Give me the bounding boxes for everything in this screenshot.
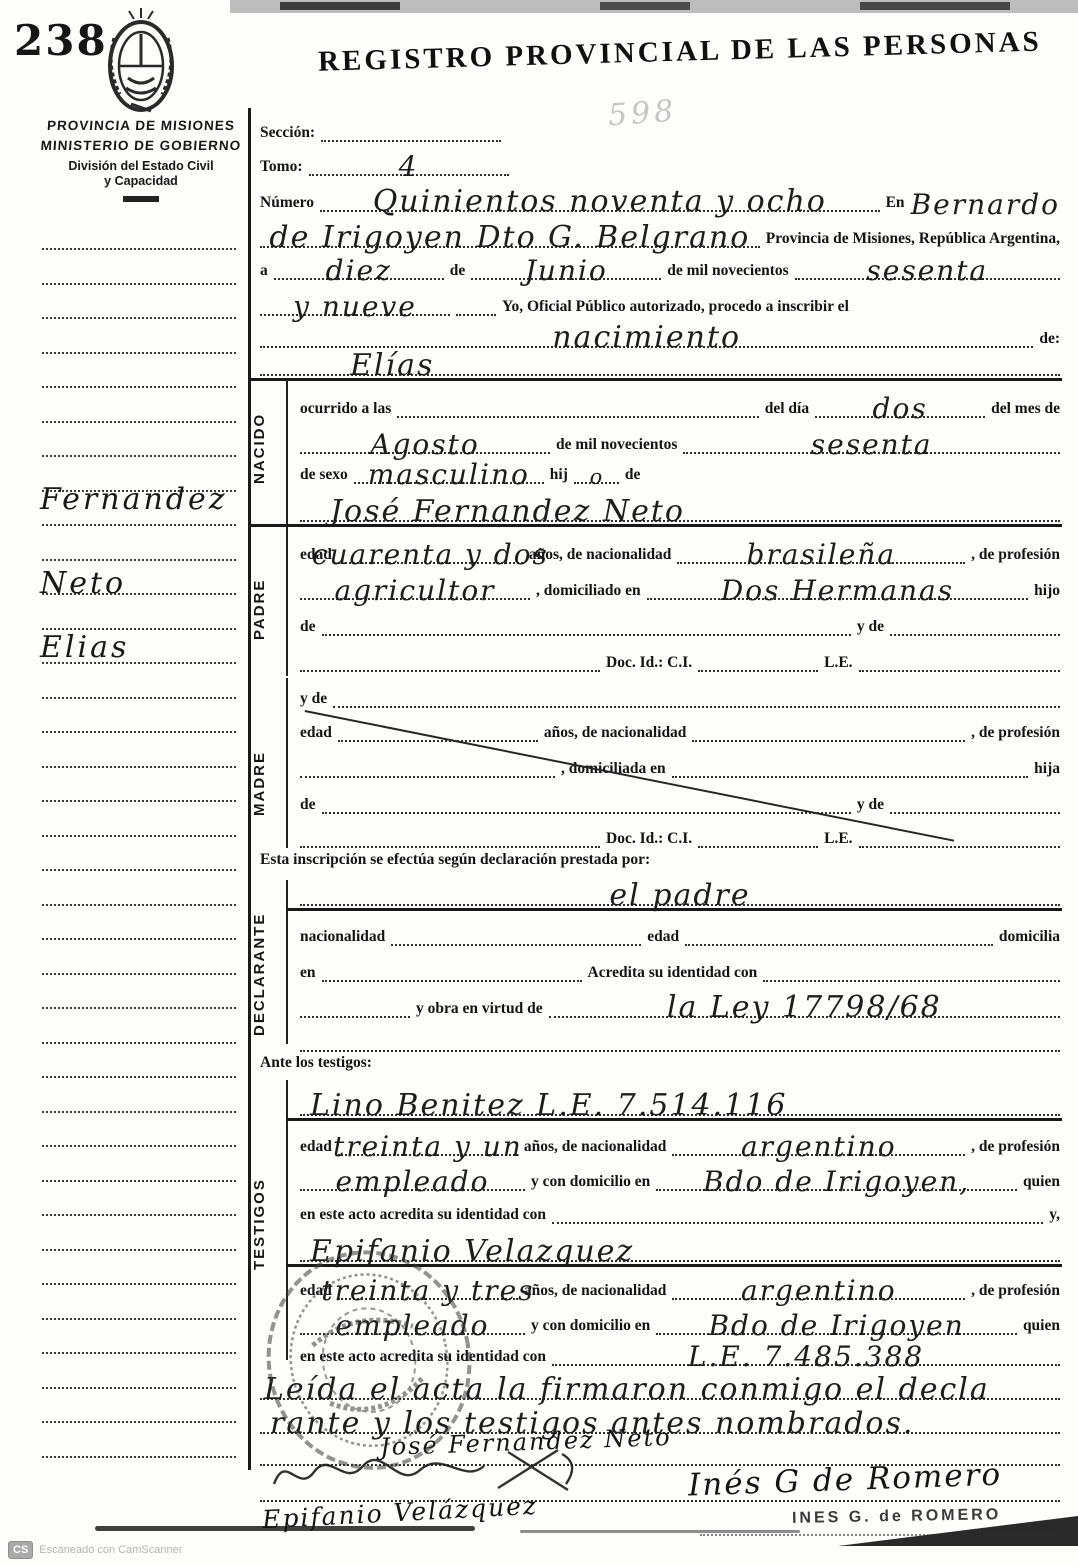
declaracion-intro: Esta inscripción se efectúa según declar… bbox=[260, 851, 650, 869]
ocurrido-label: ocurrido a las bbox=[300, 400, 391, 418]
ley-line: la Ley 17798/68 bbox=[549, 1012, 1060, 1018]
year-line: sesenta bbox=[795, 274, 1060, 280]
father-domicile: Dos Hermanas bbox=[721, 578, 954, 603]
witness1-age: treinta y un bbox=[333, 1134, 523, 1159]
margin-name-surname2: Neto bbox=[40, 566, 126, 601]
issuing-office-block: PROVINCIA DE MISIONES MINISTERIO DE GOBI… bbox=[34, 118, 248, 202]
y-de-label: y de bbox=[857, 618, 884, 636]
margin-ruled-line bbox=[42, 1350, 236, 1354]
margin-ruled-line bbox=[42, 281, 236, 285]
obra-label: y obra en virtud de bbox=[416, 1000, 543, 1018]
anos-nacionalidad-label: años, de nacionalidad bbox=[529, 546, 672, 564]
month-line: Junio bbox=[471, 274, 661, 280]
margin-ruled-line bbox=[42, 729, 236, 733]
edad-label: edad bbox=[647, 928, 679, 946]
y-de-label: y de bbox=[857, 796, 884, 814]
witness1-age-line: treinta y un bbox=[338, 1150, 518, 1156]
newborn-name-line: Elías bbox=[260, 370, 1060, 376]
margin-ruled-line bbox=[42, 833, 236, 837]
domicilio-label: y con domicilio en bbox=[531, 1173, 650, 1191]
mil-novecientos-label: de mil novecientos bbox=[556, 436, 677, 454]
madre-section-label: MADRE bbox=[251, 712, 268, 816]
month-value: Junio bbox=[525, 258, 608, 283]
margin-ruled-line bbox=[42, 902, 236, 906]
margin-ruled-line bbox=[42, 246, 236, 250]
witness2-domicile: Bdo de Irigoyen bbox=[708, 1313, 964, 1338]
en-label: En bbox=[886, 194, 905, 212]
margin-ruled-line bbox=[42, 626, 236, 630]
edad-label: edad bbox=[300, 1138, 332, 1156]
margin-ruled-line bbox=[42, 936, 236, 940]
acredita-label: en este acto acredita su identidad con bbox=[300, 1206, 546, 1224]
margin-ruled-line bbox=[42, 1109, 236, 1113]
numero-value: Quinientos noventa y ocho bbox=[373, 188, 827, 215]
quien-label: quien bbox=[1023, 1317, 1060, 1335]
camscanner-text: Escaneado con CamScanner bbox=[39, 1544, 182, 1556]
witness1-domicile: Bdo de Irigoyen, bbox=[703, 1169, 970, 1194]
dotted-fill bbox=[322, 808, 851, 814]
nacionalidad-label: nacionalidad bbox=[300, 928, 385, 946]
margin-ruled-line bbox=[42, 764, 236, 768]
de-profesion-label: , de profesión bbox=[971, 724, 1060, 742]
margin-ruled-line bbox=[42, 419, 236, 423]
del-mes-label: del mes de bbox=[991, 400, 1060, 418]
domiciliada-label: , domiciliada en bbox=[561, 760, 666, 778]
section-divider bbox=[286, 1118, 1062, 1121]
tomo-label: Tomo: bbox=[260, 158, 303, 176]
witness1-name-line: Lino Benitez L.E. 7.514.116 bbox=[300, 1110, 1060, 1116]
padre-section-label: PADRE bbox=[251, 530, 268, 640]
section-divider bbox=[286, 908, 1062, 911]
de-sexo-label: de sexo bbox=[300, 466, 348, 484]
dotted-fill bbox=[333, 702, 1060, 708]
domicilia-label: domicilia bbox=[999, 928, 1060, 946]
witness1-nationality-line: argentino bbox=[672, 1150, 965, 1156]
place-hand-2: de Irigoyen Dto G. Belgrano bbox=[269, 224, 750, 251]
margin-ruled-line bbox=[42, 1005, 236, 1009]
page-number: 238 bbox=[14, 16, 108, 65]
domicilio-label: y con domicilio en bbox=[531, 1317, 650, 1335]
testigos-intro: Ante los testigos: bbox=[260, 1054, 372, 1072]
de-label: de bbox=[300, 618, 316, 636]
y-comma-label: y, bbox=[1049, 1206, 1060, 1224]
margin-ruled-line bbox=[42, 695, 236, 699]
de-profesion-label: , de profesión bbox=[971, 546, 1060, 564]
father-occupation: agricultor bbox=[334, 578, 495, 603]
margin-ruled-line bbox=[42, 1040, 236, 1044]
anos-nacionalidad-label: años, de nacionalidad bbox=[524, 1282, 667, 1300]
margin-ruled-line bbox=[42, 384, 236, 388]
numero-label: Número bbox=[260, 194, 314, 212]
father-name: José Fernandez Neto bbox=[330, 498, 685, 525]
margin-name-surname: Fernandez bbox=[40, 482, 228, 517]
org-line: MINISTERIO DE GOBIERNO bbox=[33, 138, 248, 153]
en-label: en bbox=[300, 964, 316, 982]
acredita-label: Acredita su identidad con bbox=[588, 964, 758, 982]
year-value-2: y nueve bbox=[293, 294, 417, 319]
nacido-rule bbox=[286, 380, 288, 492]
margin-ruled-line bbox=[42, 315, 236, 319]
margin-ruled-line bbox=[42, 557, 236, 561]
dotted-fill bbox=[456, 310, 496, 316]
dotted-fill bbox=[397, 412, 758, 418]
margin-ruled-line bbox=[42, 1178, 236, 1182]
padre-rule bbox=[286, 492, 288, 676]
anos-nacionalidad-label: años, de nacionalidad bbox=[544, 724, 687, 742]
dotted-fill bbox=[300, 666, 600, 672]
official-print: Yo, Oficial Público autorizado, procedo … bbox=[502, 298, 849, 316]
year-line-2: y nueve bbox=[260, 310, 450, 316]
declared-by: el padre bbox=[609, 882, 750, 909]
scan-artifact bbox=[860, 2, 1010, 10]
hij-suffix: o bbox=[590, 468, 604, 487]
le-label: L.E. bbox=[824, 654, 852, 672]
birth-day-line: dos bbox=[815, 412, 985, 418]
coat-of-arms-icon bbox=[98, 8, 184, 116]
hija-label: hija bbox=[1034, 760, 1060, 778]
declarante-section-label: DECLARANTE bbox=[251, 896, 268, 1036]
dotted-fill bbox=[552, 1218, 1043, 1224]
margin-ruled-line bbox=[42, 1212, 236, 1216]
nacido-section-label: NACIDO bbox=[251, 398, 268, 484]
father-nationality-line: brasileña bbox=[677, 558, 965, 564]
margin-ruled-line bbox=[42, 1419, 236, 1423]
dotted-fill bbox=[859, 666, 1060, 672]
witness1-nationality: argentino bbox=[741, 1134, 897, 1159]
de-label: de bbox=[300, 796, 316, 814]
dotted-fill bbox=[692, 736, 965, 742]
margin-ruled-line bbox=[42, 1247, 236, 1251]
dotted-fill bbox=[300, 1012, 410, 1018]
scanned-birth-certificate: 238 REGISTRO PROVINCIAL DE LAS PERSONAS … bbox=[0, 0, 1078, 1566]
year-print: de mil novecientos bbox=[667, 262, 788, 280]
del-dia-label: del día bbox=[765, 400, 809, 418]
witness1-name: Lino Benitez L.E. 7.514.116 bbox=[310, 1092, 787, 1119]
father-name-line: José Fernandez Neto bbox=[300, 516, 1060, 522]
section-divider bbox=[250, 524, 1062, 527]
witness2-domicile-line: Bdo de Irigoyen bbox=[656, 1329, 1017, 1335]
seccion-label: Sección: bbox=[260, 124, 315, 142]
margin-name-given: Elias bbox=[40, 630, 129, 665]
org-line: y Capacidad bbox=[34, 174, 248, 188]
org-line: PROVINCIA DE MISIONES bbox=[33, 118, 248, 133]
org-underline bbox=[123, 196, 159, 202]
father-nationality: brasileña bbox=[747, 542, 897, 567]
de-label: de bbox=[625, 466, 641, 484]
dotted-fill bbox=[890, 630, 1060, 636]
father-age: cuarenta y dos bbox=[312, 542, 549, 567]
de-profesion-label: , de profesión bbox=[971, 1282, 1060, 1300]
margin-ruled-line bbox=[42, 1281, 236, 1285]
official-name-stamp: INES G. de ROMERO bbox=[792, 1506, 1002, 1528]
margin-ruled-line bbox=[42, 1143, 236, 1147]
madre-rule bbox=[286, 678, 288, 848]
witness2-nationality: argentino bbox=[741, 1278, 897, 1303]
margin-ruled-line bbox=[42, 1385, 236, 1389]
margin-ruled-line bbox=[42, 798, 236, 802]
father-occupation-line: agricultor bbox=[300, 594, 530, 600]
dotted-fill bbox=[391, 940, 641, 946]
a-label: a bbox=[260, 262, 268, 280]
hij-suffix-line: o bbox=[574, 478, 619, 484]
quien-label: quien bbox=[1023, 1173, 1060, 1191]
witness1-occupation-line: empleado bbox=[300, 1185, 525, 1191]
numero-line: Quinientos noventa y ocho bbox=[320, 206, 880, 212]
father-age-line: cuarenta y dos bbox=[338, 558, 523, 564]
dotted-fill bbox=[890, 808, 1060, 814]
de-label: de bbox=[450, 262, 466, 280]
father-domicile-line: Dos Hermanas bbox=[647, 594, 1029, 600]
sex-line: masculino bbox=[354, 478, 544, 484]
y-de-label: y de bbox=[300, 690, 327, 708]
witness1-domicile-line: Bdo de Irigoyen, bbox=[656, 1185, 1017, 1191]
dotted-fill bbox=[672, 772, 1029, 778]
camscanner-watermark: CS Escaneado con CamScanner bbox=[8, 1541, 182, 1559]
margin-ruled-line bbox=[42, 867, 236, 871]
year-value-1: sesenta bbox=[866, 258, 988, 283]
margin-ruled-line bbox=[42, 1316, 236, 1320]
province-print: Provincia de Misiones, República Argenti… bbox=[766, 230, 1060, 248]
dotted-fill bbox=[698, 666, 818, 672]
sex-value: masculino bbox=[368, 462, 530, 487]
margin-ruled-line bbox=[42, 1074, 236, 1078]
page-title: REGISTRO PROVINCIAL DE LAS PERSONAS bbox=[318, 26, 1019, 79]
hij-label: hij bbox=[550, 466, 568, 484]
section-divider bbox=[250, 378, 1062, 381]
place-line: de Irigoyen Dto G. Belgrano bbox=[260, 242, 760, 248]
margin-ruled-line bbox=[42, 453, 236, 457]
declarante-rule bbox=[286, 880, 288, 1044]
margin-ruled-line bbox=[42, 971, 236, 975]
org-line: División del Estado Civil bbox=[34, 159, 248, 173]
day-line: diez bbox=[274, 274, 444, 280]
domiciliado-label: , domiciliado en bbox=[536, 582, 641, 600]
ley-value: la Ley 17798/68 bbox=[667, 994, 942, 1021]
edad-label: edad bbox=[300, 724, 332, 742]
signature-line bbox=[700, 1532, 1060, 1536]
doc-id-label: Doc. Id.: C.I. bbox=[606, 654, 692, 672]
de-profesion-label: , de profesión bbox=[971, 1138, 1060, 1156]
camscanner-badge: CS bbox=[8, 1541, 33, 1559]
dotted-fill bbox=[321, 136, 501, 142]
birth-day: dos bbox=[873, 396, 928, 421]
declared-by-line: el padre bbox=[300, 900, 1060, 906]
witness1-occupation: empleado bbox=[335, 1169, 489, 1194]
witness2-nationality-line: argentino bbox=[672, 1294, 965, 1300]
dotted-fill bbox=[300, 772, 555, 778]
scan-artifact bbox=[600, 2, 690, 10]
day-value: diez bbox=[326, 258, 392, 283]
anos-nacionalidad-label: años, de nacionalidad bbox=[524, 1138, 667, 1156]
scan-artifact bbox=[280, 2, 400, 10]
margin-ruled-line bbox=[42, 522, 236, 526]
dotted-fill bbox=[685, 940, 993, 946]
hijo-label: hijo bbox=[1034, 582, 1060, 600]
margin-ruled-line bbox=[42, 350, 236, 354]
testigos-section-label: TESTIGOS bbox=[251, 1140, 268, 1270]
margin-ruled-line bbox=[42, 1454, 236, 1458]
dotted-fill bbox=[322, 630, 851, 636]
newborn-name: Elías bbox=[350, 352, 434, 379]
